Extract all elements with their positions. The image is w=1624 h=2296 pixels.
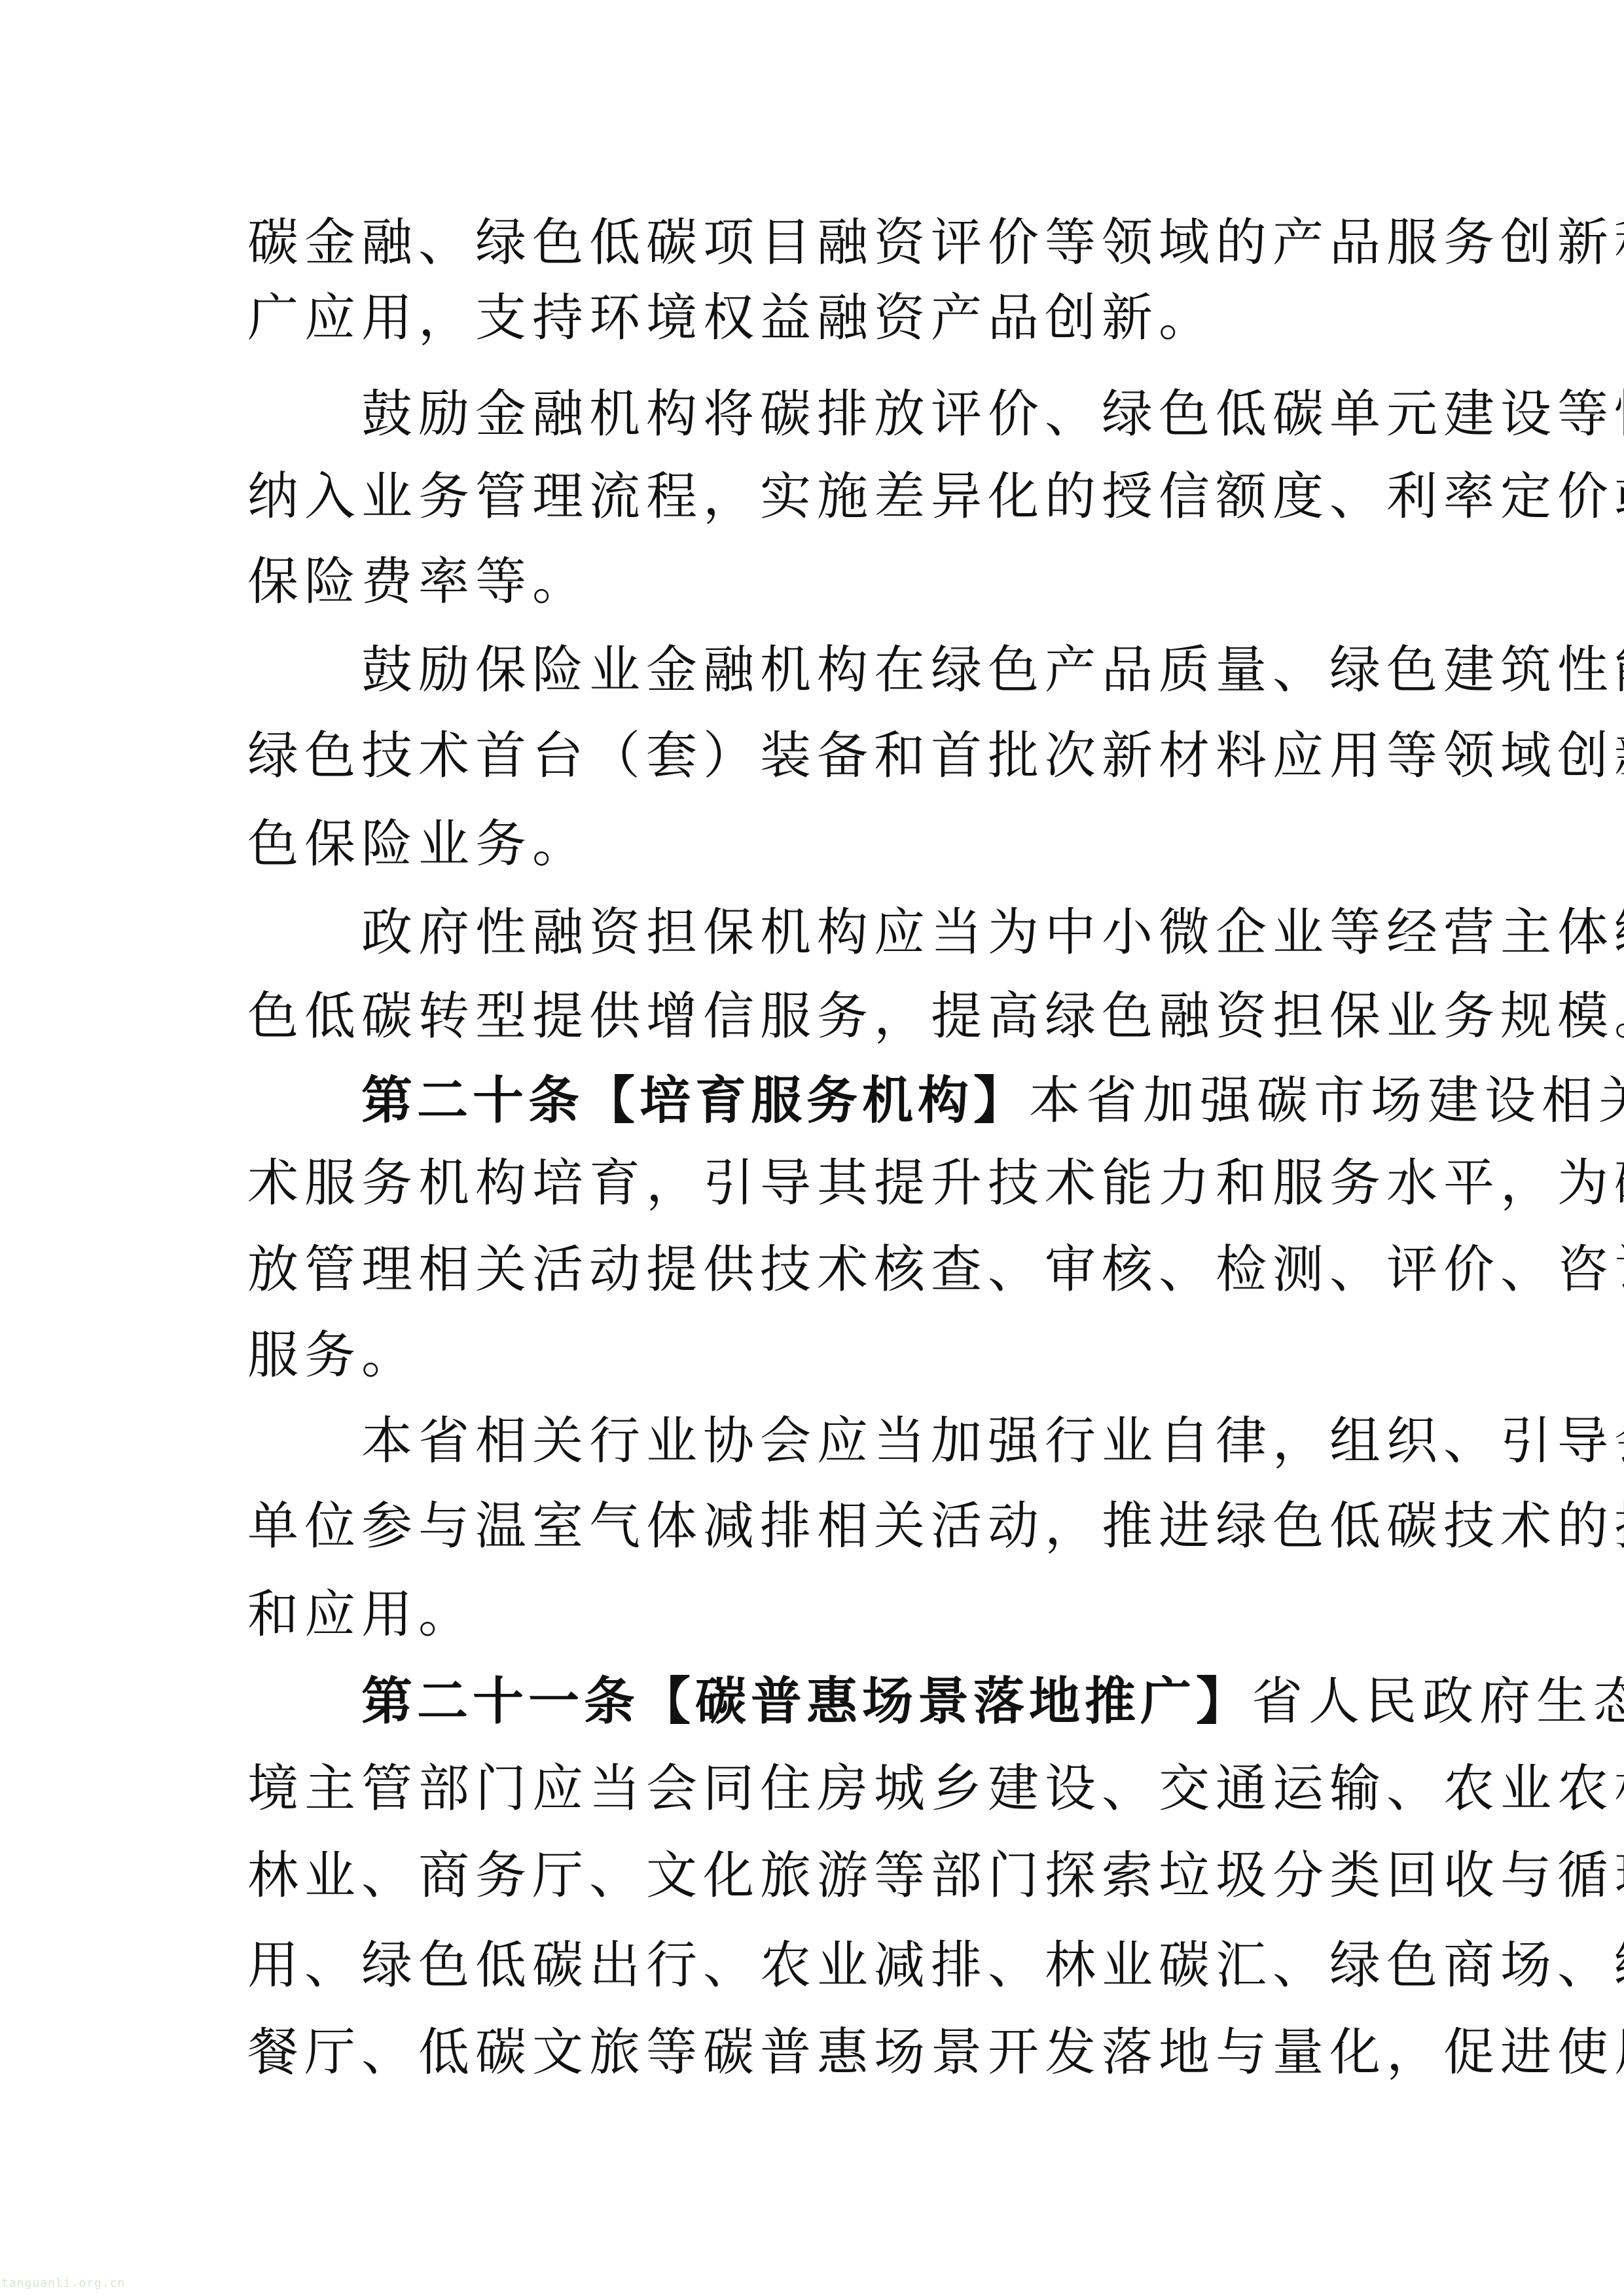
paragraph-line: 用、绿色低碳出行、农业减排、林业碳汇、绿色商场、绿色 [247, 1933, 1399, 1998]
paragraph-line: 鼓励金融机构将碳排放评价、绿色低碳单元建设等情况 [361, 382, 1513, 447]
paragraph-line: 保险费率等。 [247, 549, 1399, 615]
paragraph-line: 林业、商务厅、文化旅游等部门探索垃圾分类回收与循环利 [247, 1843, 1399, 1909]
paragraph-line: 境主管部门应当会同住房城乡建设、交通运输、农业农村、 [247, 1756, 1399, 1821]
paragraph-line: 术服务机构培育，引导其提升技术能力和服务水平，为碳排 [247, 1151, 1399, 1216]
article-21-text: 省人民政府生态环 [1252, 1672, 1624, 1731]
paragraph-line: 绿色技术首台（套）装备和首批次新材料应用等领域创新绿 [247, 723, 1399, 789]
watermark-text: tanguanli.org.cn [1, 2276, 125, 2290]
paragraph-line: 餐厅、低碳文旅等碳普惠场景开发落地与量化，促进使用碳 [247, 2020, 1399, 2085]
paragraph-line: 色保险业务。 [247, 812, 1399, 877]
paragraph-line: 和应用。 [247, 1582, 1399, 1647]
paragraph-line: 鼓励保险业金融机构在绿色产品质量、绿色建筑性能、 [361, 637, 1513, 703]
article-21-line: 第二十一条【碳普惠场景落地推广】省人民政府生态环 [361, 1669, 1513, 1734]
article-20-text: 本省加强碳市场建设相关技 [1029, 1071, 1624, 1130]
article-20-line: 第二十条【培育服务机构】本省加强碳市场建设相关技 [361, 1068, 1513, 1134]
article-21-heading: 第二十一条【碳普惠场景落地推广】 [361, 1672, 1252, 1731]
paragraph-line: 本省相关行业协会应当加强行业自律，组织、引导会员 [361, 1408, 1513, 1474]
paragraph-line: 广应用，支持环境权益融资产品创新。 [247, 285, 1399, 351]
paragraph-line: 政府性融资担保机构应当为中小微企业等经营主体绿 [361, 900, 1513, 965]
document-page: 碳金融、绿色低碳项目融资评价等领域的产品服务创新和推 广应用，支持环境权益融资产… [0, 0, 1624, 2296]
paragraph-line: 单位参与温室气体减排相关活动，推进绿色低碳技术的推广 [247, 1494, 1399, 1559]
paragraph-line: 服务。 [247, 1323, 1399, 1388]
paragraph-line: 纳入业务管理流程，实施差异化的授信额度、利率定价或者 [247, 464, 1399, 529]
paragraph-line: 碳金融、绿色低碳项目融资评价等领域的产品服务创新和推 [247, 210, 1399, 276]
paragraph-line: 放管理相关活动提供技术核查、审核、检测、评价、咨询等 [247, 1237, 1399, 1302]
article-20-heading: 第二十条【培育服务机构】 [361, 1071, 1029, 1130]
paragraph-line: 色低碳转型提供增信服务，提高绿色融资担保业务规模。 [247, 984, 1399, 1049]
